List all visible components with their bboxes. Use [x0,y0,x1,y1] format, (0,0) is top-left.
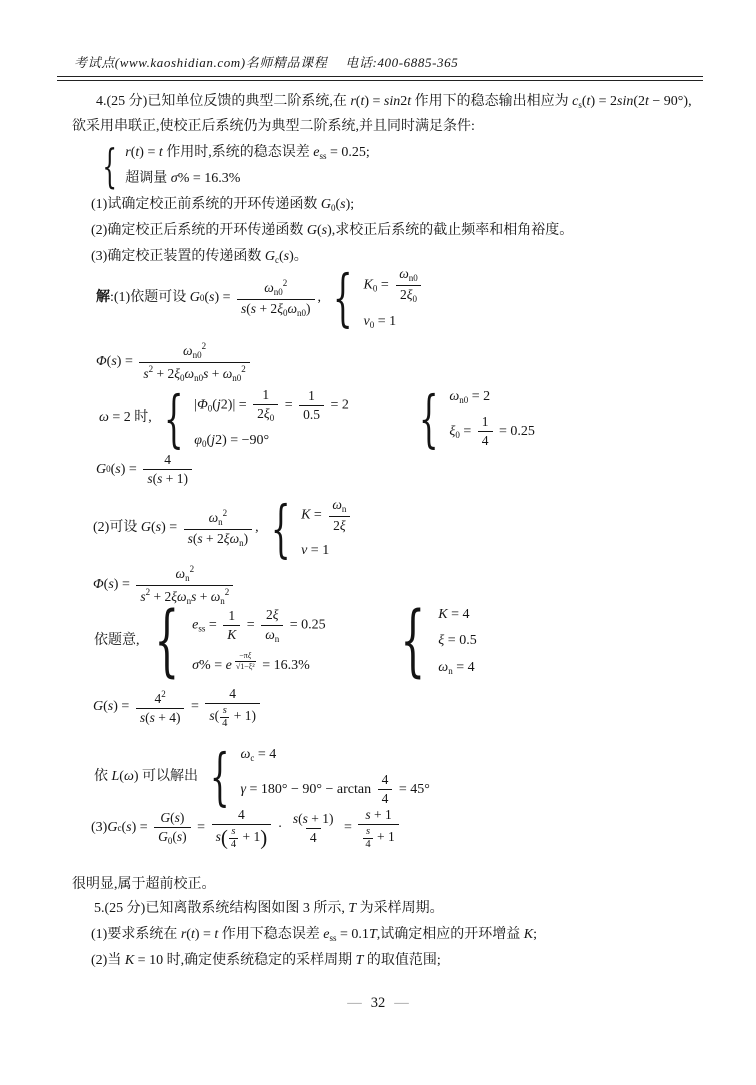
math-t: ; [533,927,537,942]
math-num: ωn2 [205,507,232,529]
math-t: = 0.25 [496,424,535,439]
math-i: Φ [96,352,107,372]
solution-phi0-formula: Φ(s) = ωn02s2 + 2ξ0ωn0s + ωn02 [96,340,253,385]
math-frac: 2ξωn [261,606,283,645]
math-t: 2 [400,287,407,302]
math-num: G(s) [156,809,188,827]
math-t: 超调量 [125,171,171,186]
math-i: K [438,607,447,622]
math-frac: 4s(s4 + 1) [212,806,272,851]
solution-g-result: G(s) = 42s(s + 4) = 4s(s4 + 1) [93,685,263,730]
math-sup: 2 [161,689,166,700]
math-t: = 0.1 [337,927,369,942]
solution-conditions2-brace-row: 依题意,{ess = 1K = 2ξωn = 0.25σ% = e−πξ√1−ξ… [94,602,477,681]
page-number: 32 [371,995,386,1011]
math-i: ω [438,660,448,675]
math-i: K [363,278,372,293]
math-t: 2 [266,607,273,622]
math-den: 4 [478,431,493,450]
math-den: s(s + 2ξωn) [184,529,252,550]
math-t: 依题意, [94,631,140,651]
math-num: ωn0 [395,265,422,285]
math-t: + 4) [155,710,181,725]
math-t: + 1) [308,811,334,826]
left-brace: { [270,498,290,560]
math-num: s [364,826,372,838]
math-num: s + 1 [361,806,395,824]
math-frac: ωn2ξ [328,496,350,535]
math-i: G [160,810,170,825]
math-t: = [460,424,475,439]
math-t: 依 [94,767,112,787]
math-frac: 14 [478,413,493,450]
math-t: (2)当 [91,953,125,968]
math-num: 1 [258,386,273,404]
math-i: ξ [340,518,346,533]
math-t: 2 [333,518,340,533]
math-bgroup: {r(t) = t 作用时,系统的稳态误差 ess = 0.25;超调量 σ% … [95,140,370,193]
math-sub: 0 [270,413,275,423]
math-sub: n0 [232,373,241,383]
math-t: = 0.5 [444,633,476,648]
math-t: ),求校正后系统的截止频率和相角裕度。 [327,223,573,238]
math-i: K [524,927,533,942]
math-frac: ωn02s2 + 2ξ0ωn0s + ωn02 [139,340,249,385]
math-bgroup: {K0 = ωn02ξ0ν0 = 1 [323,262,425,335]
math-t: ) [244,531,249,546]
math-t: (1)试确定校正前系统的开环传递函数 [91,197,321,212]
left-brace: { [333,267,353,329]
math-ol: 1−ξ² [240,661,254,671]
math-t: + 1 [371,807,392,822]
math-bline: |Φ0(j2)| = 12ξ0 = 10.5 = 2 [194,386,349,425]
problem5-intro-line: 5.(25 分)已知离散系统结构图如图 3 所示, T 为采样周期。 [94,899,444,919]
math-i: sin [384,94,400,109]
math-blines: K = 4ξ = 0.5ωn = 4 [438,602,476,681]
math-frac: 10.5 [299,387,324,424]
math-t: + 1 [239,829,260,844]
math-sub: n0 [274,287,283,297]
math-i: ω [332,497,342,512]
math-i: ξ [273,607,279,622]
math-t: 2)| = [221,398,250,413]
math-t: ) = [117,352,137,372]
math-den: s(s4 + 1) [212,824,272,851]
math-bline: ωn = 4 [438,658,476,678]
math-t: = 2 [468,389,490,404]
math-i: ω [185,366,195,381]
math-t: 作用时,系统的稳态误差 [163,145,314,160]
math-t: 4 [155,691,162,706]
math-sup: −πξ√1−ξ² [232,651,259,670]
left-brace: { [419,388,439,450]
math-num: 2ξ [262,606,283,624]
math-blines: r(t) = t 作用时,系统的稳态误差 ess = 0.25;超调量 σ% =… [125,140,370,193]
math-t: ) = 2 [590,94,617,109]
math-t: 2 [257,406,264,421]
math-t: ) = [364,94,384,109]
math-i: T [369,927,377,942]
math-t: = [341,818,356,838]
math-num: s [229,826,237,838]
math-i: G [141,518,151,538]
math-i: sin [617,94,633,109]
math-i: s [366,826,370,837]
math-bline: φ0(j2) = −90° [194,431,349,451]
math-blines: |Φ0(j2)| = 12ξ0 = 10.5 = 2φ0(j2) = −90° [194,383,349,454]
document-page: 考试点(www.kaoshidian.com)名师精品课程电话:400-6885… [0,0,756,1085]
math-t: (2)可设 [93,518,141,538]
math-num: 4 [378,771,393,789]
math-t: 作用下稳态误差 [218,927,323,942]
math-sub: n0 [409,273,418,283]
math-i: K [125,953,134,968]
math-t: (3) [91,818,107,838]
solution-step2-g-setup: (2)可设 G(s) = ωn2s(s + 2ξωn),{K = ωn2ξν =… [93,493,353,564]
math-frac: 44 [378,771,393,808]
math-i: G [96,460,106,480]
math-frac: s4 [220,705,229,729]
math-sub: n0 [297,308,306,318]
math-den: s(s4 + 1) [205,703,260,730]
solution-step3-gc-formula: (3)Gc(s) = G(s)G0(s) = 4s(s4 + 1) · s(s … [91,806,402,851]
math-num: 4 [160,451,175,469]
math-t: = 45° [395,782,430,797]
math-t: ) 可以解出 [134,767,198,787]
math-num: ωn02 [179,340,210,362]
math-t: ) = [121,460,141,480]
math-t: = [281,398,296,413]
math-den: s4 + 1 [358,824,398,851]
math-num: ωn [328,496,350,516]
solution-conclusion: 很明显,属于超前校正。 [72,875,216,895]
math-t: = 4 [254,747,276,762]
math-i: T [348,901,356,916]
math-sub: n [342,504,347,514]
math-t: 的取值范围; [363,953,440,968]
math-t: = [243,618,258,633]
math-sup: 2 [225,587,230,598]
math-bline: K0 = ωn02ξ0 [363,265,424,306]
math-frac: ωn2s(s + 2ξωn) [184,507,252,550]
math-bgroup: {ωn0 = 2ξ0 = 14 = 0.25 [409,384,535,454]
math-t: 作用下的稳态输出相应为 [411,94,572,109]
math-num: 1 [478,413,493,431]
math-den: K [223,625,240,644]
math-i: ω [240,747,250,762]
math-bline: 超调量 σ% = 16.3% [125,169,370,189]
solution-g0-result: G0(s) = 4s(s + 1) [96,451,195,488]
math-t: = 2 [327,398,349,413]
math-t: ) [182,829,187,844]
math-sub: ss [330,933,337,943]
math-i: ω [183,343,193,358]
left-brace: { [210,746,230,808]
math-sup: 2 [202,341,207,352]
math-i: ω [399,266,409,281]
math-bgroup: {K = ωn2ξν = 1 [261,493,354,564]
math-bline: K = 4 [438,605,476,625]
math-t: % = [199,658,226,673]
solution-omega2-brace-row: ω = 2 时,{|Φ0(j2)| = 12ξ0 = 10.5 = 2φ0(j2… [99,383,535,454]
math-bgroup: {ωc = 4γ = 180° − 90° − arctan 44 = 45° [200,742,430,812]
solution-step1-g0-setup: 解:(1)依题可设 G0(s) = ωn02s(s + 2ξ0ωn0),{K0 … [96,262,425,335]
problem5-item1: (1)要求系统在 r(t) = t 作用下稳态误差 ess = 0.1T,试确定… [91,925,537,945]
math-den: s(s + 4) [136,708,185,727]
math-num: 1 [224,607,239,625]
math-t: = [194,818,209,838]
math-i: G [158,829,168,844]
math-t: = 10 时,确定使系统稳定的采样周期 [134,953,355,968]
math-t: − 90°), [649,94,692,109]
left-brace: { [400,602,425,680]
math-t: 2) = −90° [215,433,269,448]
solution-lw-brace-row: 依 L(ω) 可以解出{ωc = 4γ = 180° − 90° − arcta… [94,742,430,812]
math-bp: ( [221,826,228,850]
math-blines: K0 = ωn02ξ0ν0 = 1 [363,262,424,335]
math-t: ,试确定相应的开环增益 [377,927,524,942]
math-num: ωn2 [172,563,199,585]
math-sup: 2 [190,564,195,575]
math-t: = 2 时, [109,408,152,428]
problem4-conditions-brace: {r(t) = t 作用时,系统的稳态误差 ess = 0.25;超调量 σ% … [93,140,370,193]
math-i: L [112,767,120,787]
math-t: ( [215,708,220,723]
math-t: ) = [195,927,215,942]
math-i: ω [265,627,275,642]
math-t: % = 16.3% [178,171,241,186]
left-brace: { [102,143,117,189]
math-bline: ess = 1K = 2ξωn = 0.25 [192,606,326,645]
math-den: 2ξ0 [253,404,278,425]
math-frac: ωn02s(s + 2ξ0ωn0) [237,277,314,320]
math-sup: 2 [223,508,228,519]
math-blines: ωn0 = 2ξ0 = 14 = 0.25 [449,384,535,454]
left-brace: { [154,602,179,680]
math-i: G [107,818,117,838]
math-i: ω [99,408,109,428]
math-frac: ωn02ξ0 [395,265,422,306]
math-bgroup: {ess = 1K = 2ξωn = 0.25σ% = e−πξ√1−ξ² = … [142,602,326,680]
math-t: ) [180,810,185,825]
problem5-item2: (2)当 K = 10 时,确定使系统稳定的采样周期 T 的取值范围; [91,951,441,971]
math-i: Φ [197,398,208,413]
math-frac: 1K [223,607,240,644]
math-t: = 1 [374,314,396,329]
math-t: = 4 [453,660,475,675]
math-frac: s + 1s4 + 1 [358,806,398,851]
math-den: 2ξ [329,516,350,535]
page-footer: —32— [0,995,756,1012]
math-t: = 180° − 90° − arctan [246,782,375,797]
math-den: ωn [261,625,283,646]
math-frac: s(s + 1)4 [289,810,338,847]
math-num: 1 [304,387,319,405]
footer-right-dash: — [394,995,409,1011]
math-i: G [307,223,317,238]
math-t: 5.(25 分)已知离散系统结构图如图 3 所示, [94,901,348,916]
math-frac: s4 [229,826,238,850]
math-i: ω [209,510,219,525]
math-num: 4 [225,685,240,703]
math-frac: −πξ√1−ξ² [235,651,256,670]
math-t: + 2 [256,301,277,316]
math-num: ωn02 [260,277,291,299]
footer-left-dash: — [347,995,362,1011]
math-bline: r(t) = t 作用时,系统的稳态误差 ess = 0.25; [125,143,370,163]
math-i: ω [264,280,274,295]
problem4-item1: (1)试确定校正前系统的开环传递函数 G0(s); [91,195,354,215]
math-num: s [221,705,229,717]
math-num: 42 [151,688,170,708]
math-t: ) = [214,288,234,308]
problem4-item2: (2)确定校正后系统的开环传递函数 G(s),求校正后系统的截止频率和相角裕度。 [91,221,573,241]
math-i: ω [176,566,186,581]
math-i: ω [223,366,233,381]
math-t: :(1)依题可设 [110,288,190,308]
math-t: + 1 [374,829,395,844]
problem4-intro-line1: 4.(25 分)已知单位反馈的典型二阶系统,在 r(t) = sin2t 作用下… [96,92,692,112]
math-i: σ [171,171,178,186]
header-phone-text: 电话:400-6885-365 [345,55,458,70]
math-sub: n0 [194,373,203,383]
math-sub: n0 [459,395,468,405]
math-t: −π [239,651,248,660]
math-t: (2)确定校正后系统的开环传递函数 [91,223,307,238]
math-t: ) [306,301,311,316]
math-t: = [310,508,325,523]
math-den: 4 [363,838,372,851]
math-i: ω [230,531,240,546]
math-i: G [93,697,103,717]
math-t: (1)要求系统在 [91,927,181,942]
math-bline: γ = 180° − 90° − arctan 44 = 45° [240,771,429,808]
math-num: 4 [234,806,249,824]
math-t: ) = [161,518,181,538]
math-i: ω [124,767,134,787]
math-i: σ [192,658,199,673]
math-frac: ωn2s2 + 2ξωns + ωn2 [136,563,233,608]
math-t: = 1 [307,543,329,558]
math-den: 4 [229,838,238,851]
math-t: ); [346,197,355,212]
left-brace: { [164,388,184,450]
math-frac: 4s(s4 + 1) [205,685,260,730]
math-t: + 1) [230,708,256,723]
math-sup: 2 [241,364,246,375]
math-frac: s4 [363,826,372,850]
math-den: √1−ξ² [235,661,256,671]
math-t: + 2 [153,366,174,381]
math-t: ) = [132,818,152,838]
math-i: s [231,826,235,837]
math-t: = 0.25 [286,618,325,633]
math-bline: ωc = 4 [240,745,429,765]
math-t: (2 [633,94,645,109]
math-bline: ωn0 = 2 [449,387,535,407]
math-blines: K = ωn2ξν = 1 [301,493,353,564]
math-blines: ωc = 4γ = 180° − 90° − arctan 44 = 45° [240,742,429,812]
math-den: 4 [306,828,321,847]
math-frac: G(s)G0(s) [154,809,191,848]
math-den: 2ξ0 [396,285,421,306]
math-t: = 16.3% [259,658,310,673]
math-t: = [377,278,392,293]
math-t: = 4 [448,607,470,622]
math-t: 4.(25 分)已知单位反馈的典型二阶系统,在 [96,94,350,109]
math-i: ω [449,389,459,404]
math-den: s(s + 1) [143,469,192,488]
math-den: s(s + 2ξ0ωn0) [237,299,314,320]
math-t: = [205,618,220,633]
math-i: ξ [248,651,251,660]
math-bgroup: {|Φ0(j2)| = 12ξ0 = 10.5 = 2φ0(j2) = −90° [154,383,349,454]
math-t: ) = [114,575,134,595]
math-bline: K = ωn2ξ [301,496,353,535]
math-num: s(s + 1) [289,810,338,828]
math-bline: ν0 = 1 [363,312,424,332]
math-bline: ν = 1 [301,541,353,561]
math-t: , [318,288,322,308]
math-bgroup: {K = 4ξ = 0.5ωn = 4 [388,602,477,681]
math-i: s [223,705,227,716]
math-bp: ) [260,826,267,850]
header-double-rule [57,76,703,81]
math-sup: 2 [283,278,288,289]
math-sub: 0 [413,294,418,304]
math-frac: 12ξ0 [253,386,278,425]
math-sub: n [275,634,280,644]
math-b: 解 [96,288,110,308]
math-t: 为采样周期。 [356,901,444,916]
math-i: K [227,627,236,642]
math-i: G [321,197,331,212]
math-t: ) = [139,145,159,160]
math-t: + 1) [162,471,188,486]
math-blines: ess = 1K = 2ξωn = 0.25σ% = e−πξ√1−ξ² = 1… [192,603,326,679]
math-den: 0.5 [299,405,324,424]
math-i: G [190,288,200,308]
math-t: + [208,366,222,381]
problem4-intro-line2: 欲采用串联正,使校正后系统仍为典型二阶系统,并且同时满足条件: [72,117,475,137]
math-den: s2 + 2ξ0ωn0s + ωn02 [139,362,249,385]
math-t: + 2 [203,531,224,546]
math-t: = 0.25; [326,145,369,160]
math-sub: n0 [193,350,202,360]
math-t: = [187,697,202,717]
math-frac: 4s(s + 1) [143,451,192,488]
math-den: G0(s) [154,827,191,848]
math-i: Φ [93,575,104,595]
header-site-text: 考试点(www.kaoshidian.com)名师精品课程 [74,55,327,70]
math-t: · [274,818,286,838]
math-bline: ξ = 0.5 [438,631,476,651]
math-i: ω [287,301,297,316]
math-num: −πξ [238,651,252,660]
math-bline: σ% = e−πξ√1−ξ² = 16.3% [192,651,326,676]
math-t: , [255,518,259,538]
math-t: ) = [113,697,133,717]
math-frac: 42s(s + 4) [136,688,185,727]
math-den: 4 [220,717,229,730]
page-header: 考试点(www.kaoshidian.com)名师精品课程电话:400-6885… [74,52,458,71]
math-i: φ [194,433,202,448]
math-bline: ξ0 = 14 = 0.25 [449,413,535,450]
